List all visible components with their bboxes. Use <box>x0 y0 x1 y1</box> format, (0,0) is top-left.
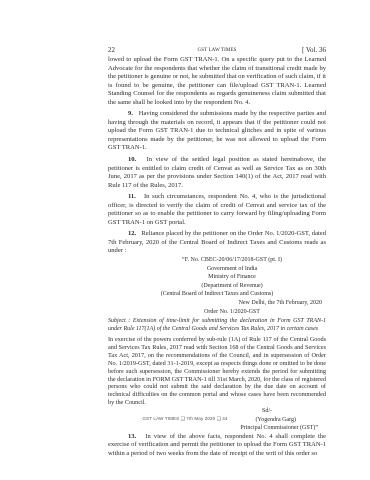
paragraph-11: 11. In such circumstances, respondent No… <box>108 193 326 227</box>
paragraph-text: In such circumstances, respondent No. 4,… <box>108 193 326 226</box>
journal-title: GST LAW TIMES <box>108 45 326 56</box>
paragraph-number: 10. <box>128 156 136 163</box>
signatory-title: Principal Commissioner (GST)” <box>108 424 326 433</box>
running-header: 22 GST LAW TIMES [ Vol. 36 <box>108 45 326 56</box>
paragraph-text: Having considered the submissions made b… <box>108 110 326 151</box>
paragraph-13: 13. In view of the above facts, responde… <box>108 433 326 459</box>
order-subject: Subject : Extension of time-limit for su… <box>108 318 326 333</box>
order-number: Order No. 1/2020-GST <box>108 308 326 317</box>
paragraph-text: In view of the above facts, respondent N… <box>108 433 326 457</box>
order-ministry: Ministry of Finance <box>108 273 326 282</box>
paragraph-number: 12. <box>128 230 136 237</box>
page-footer: GST LAW TIMES ❑ 7th May 2020 ❑ 44 <box>0 416 370 422</box>
paragraph-10: 10. In view of the settled legal positio… <box>108 156 326 190</box>
paragraph-text: In view of the settled legal position as… <box>108 156 326 189</box>
order-place-date: New Delhi, the 7th February, 2020 <box>108 299 326 308</box>
order-file-number: “F. No. CBEC-20/06/17/2018-GST (pt. I) <box>108 256 326 265</box>
paragraph-continuation: lowed to upload the Form GST TRAN-1. On … <box>108 56 326 107</box>
order-body: In exercise of the powers conferred by s… <box>108 336 326 407</box>
paragraph-number: 11. <box>128 193 136 200</box>
paragraph-number: 9. <box>128 110 133 117</box>
order-board: (Central Board of Indirect Taxes and Cus… <box>108 290 326 299</box>
paragraph-text: Reliance placed by the petitioner on the… <box>108 230 326 254</box>
order-signature: Sd/- <box>108 407 326 416</box>
document-page: 22 GST LAW TIMES [ Vol. 36 lowed to uplo… <box>108 45 326 458</box>
order-department: (Department of Revenue) <box>108 282 326 291</box>
paragraph-number: 13. <box>128 433 136 440</box>
order-government: Government of India <box>108 265 326 274</box>
paragraph-9: 9. Having considered the submissions mad… <box>108 110 326 153</box>
volume-label: [ Vol. 36 <box>302 45 326 56</box>
quoted-order: “F. No. CBEC-20/06/17/2018-GST (pt. I) G… <box>108 256 326 433</box>
paragraph-12: 12. Reliance placed by the petitioner on… <box>108 230 326 256</box>
